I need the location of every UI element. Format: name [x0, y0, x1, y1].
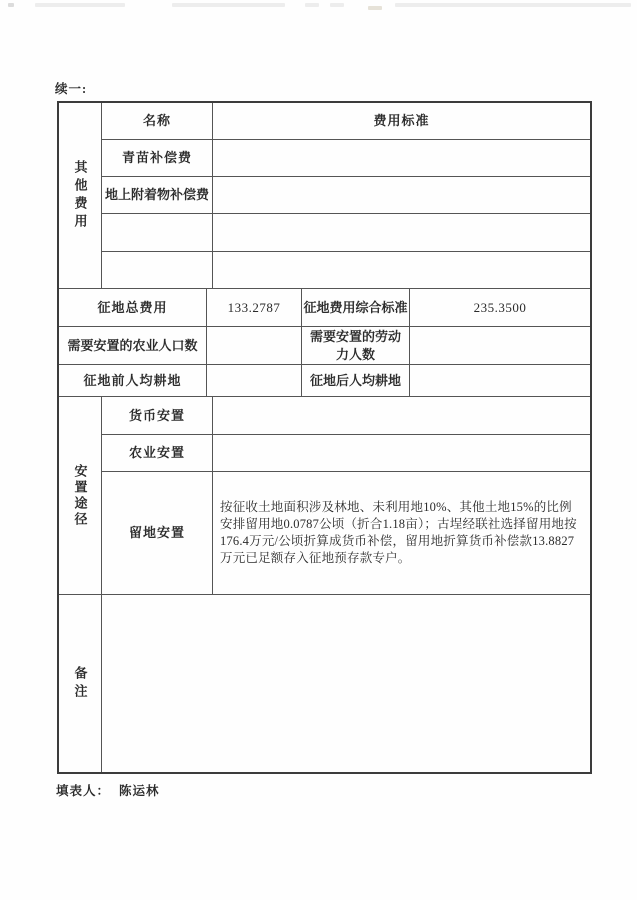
- empty-fee-label-cell: [102, 214, 213, 251]
- other-fees-group-cell: 其他费用: [59, 103, 102, 288]
- ground-attachments-fee-label: 地上附着物补偿费: [105, 186, 209, 204]
- comprehensive-standard-label: 征地费用综合标准: [303, 299, 407, 317]
- table-row: 征地前人均耕地 征地后人均耕地: [59, 365, 590, 396]
- young-crop-fee-label: 青苗补偿费: [122, 149, 192, 167]
- remarks-section: 备注: [59, 595, 590, 772]
- resettlement-group-label: 安置途径: [74, 464, 87, 528]
- scan-artifact: [368, 6, 382, 10]
- table-row: 农业安置: [102, 435, 590, 472]
- labor-force-label: 需要安置的劳动力人数: [304, 328, 407, 363]
- agricultural-population-label: 需要安置的农业人口数: [67, 337, 197, 355]
- farmland-after-label: 征地后人均耕地: [310, 372, 401, 390]
- total-land-fee-label: 征地总费用: [97, 299, 167, 317]
- reserved-land-resettlement-label: 留地安置: [129, 524, 185, 542]
- preparer-line: 填表人：陈运林: [56, 781, 160, 799]
- scan-artifact: [305, 3, 319, 7]
- farmland-before-label: 征地前人均耕地: [83, 372, 181, 390]
- table-row: [102, 595, 590, 772]
- table-row: 货币安置: [102, 397, 590, 435]
- form-table: 其他费用 名称 费用标准 青苗补偿费 地上附着物补偿费: [57, 101, 592, 774]
- empty-fee-value-cell: [213, 252, 590, 288]
- scan-artifact: [35, 3, 125, 7]
- table-row: [102, 214, 590, 252]
- scan-artifact: [330, 3, 344, 7]
- continuation-label: 续一:: [55, 79, 87, 97]
- summary-section: 征地总费用 133.2787 征地费用综合标准 235.3500 需要安置的农业…: [59, 289, 590, 397]
- scan-artifact: [8, 3, 14, 7]
- agricultural-resettlement-label: 农业安置: [129, 444, 185, 462]
- table-row: [102, 252, 590, 288]
- preparer-name: 陈运林: [119, 784, 160, 798]
- scanned-form-page: 续一: 其他费用 名称 费用标准 青苗补偿费 地上附着物补偿费: [0, 0, 637, 900]
- table-row: 青苗补偿费: [102, 140, 590, 177]
- total-land-fee-value: 133.2787: [228, 300, 281, 316]
- comprehensive-standard-value: 235.3500: [474, 300, 527, 316]
- name-header: 名称: [143, 112, 171, 130]
- table-row: 留地安置 按征收土地面积涉及林地、未利用地10%、其他土地15%的比例安排留用地…: [102, 472, 590, 594]
- scan-artifact: [395, 3, 631, 7]
- table-row: 需要安置的农业人口数 需要安置的劳动力人数: [59, 327, 590, 365]
- scan-artifact: [172, 3, 285, 7]
- resettlement-section: 安置途径 货币安置 农业安置 留地安置 按征收土地面积涉及林地、未利用地10%、…: [59, 397, 590, 595]
- preparer-label: 填表人：: [56, 784, 110, 798]
- empty-fee-value-cell: [213, 214, 590, 251]
- other-fees-group-label: 其他费用: [74, 160, 87, 232]
- remarks-group-cell: 备注: [59, 595, 102, 772]
- table-row: 地上附着物补偿费: [102, 177, 590, 214]
- reserved-land-detail-text: 按征收土地面积涉及林地、未利用地10%、其他土地15%的比例安排留用地0.078…: [220, 499, 583, 567]
- fee-standard-header: 费用标准: [373, 112, 429, 130]
- resettlement-group-cell: 安置途径: [59, 397, 102, 594]
- remarks-group-label: 备注: [74, 666, 87, 702]
- empty-fee-label-cell: [102, 252, 213, 288]
- monetary-resettlement-label: 货币安置: [129, 407, 185, 425]
- other-fees-section: 其他费用 名称 费用标准 青苗补偿费 地上附着物补偿费: [59, 103, 590, 289]
- table-row: 征地总费用 133.2787 征地费用综合标准 235.3500: [59, 289, 590, 327]
- table-row: 名称 费用标准: [102, 103, 590, 140]
